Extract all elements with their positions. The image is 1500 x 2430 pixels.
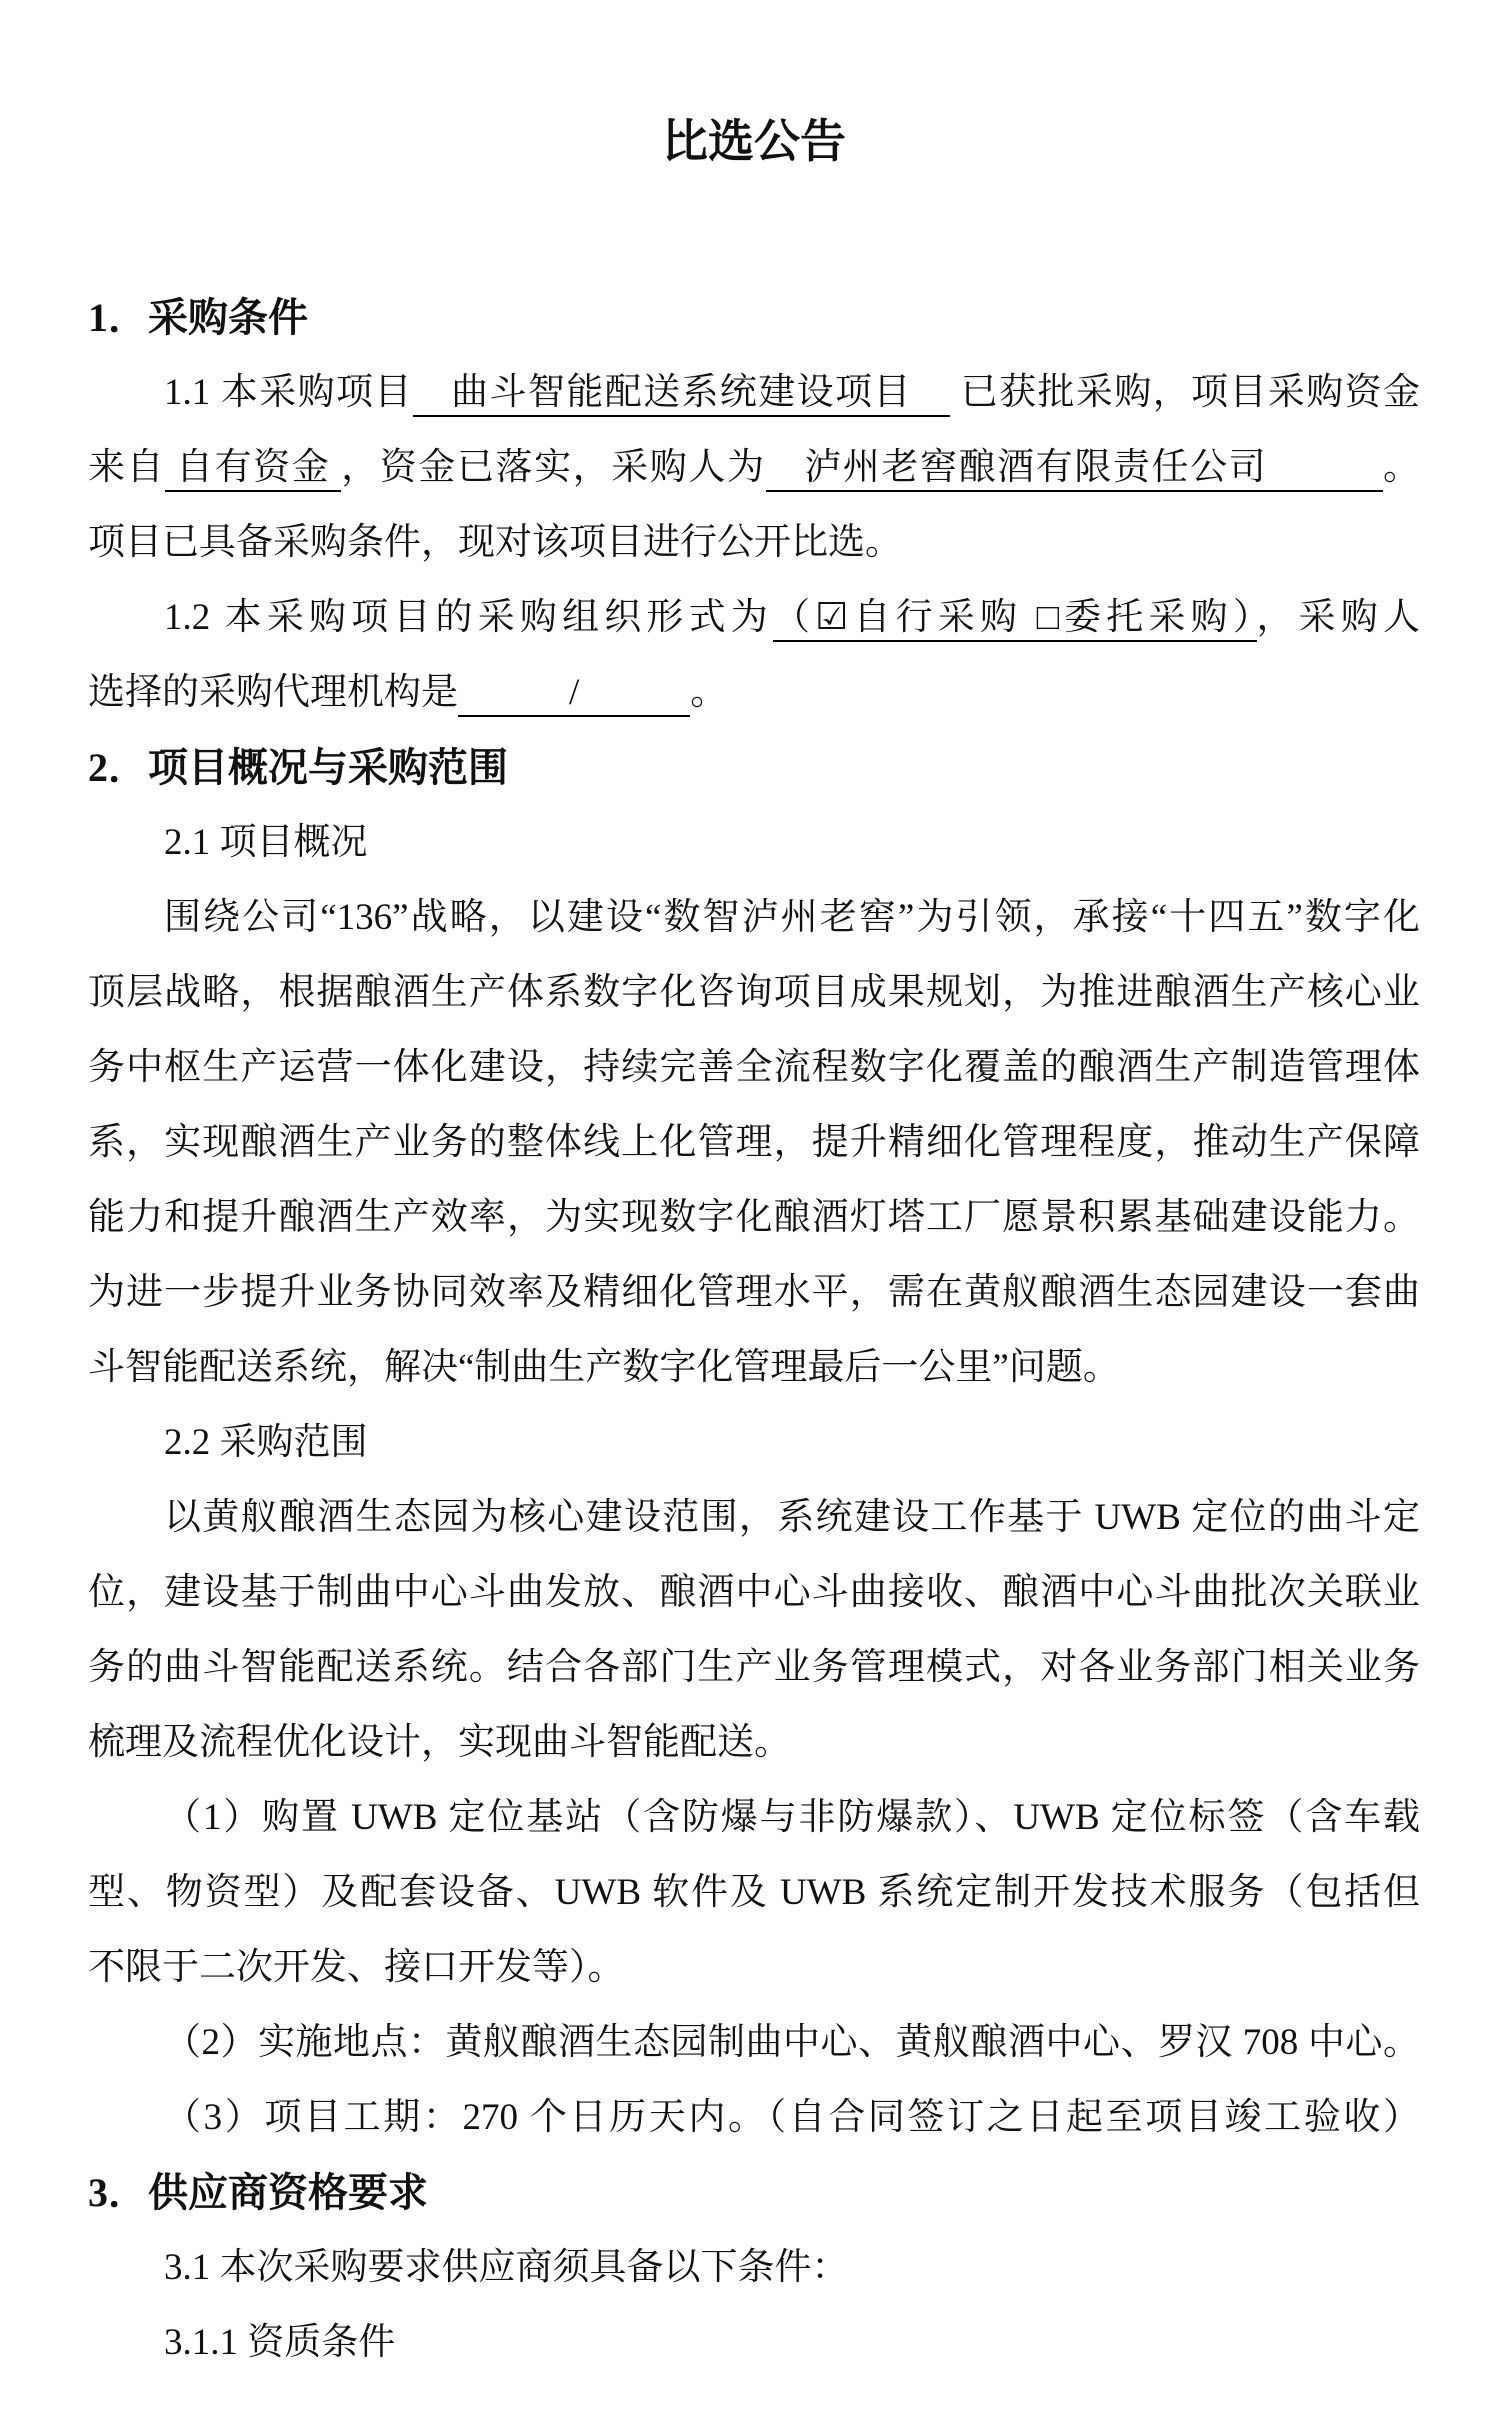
document-title: 比选公告 (88, 112, 1420, 172)
subheading-3-1-requirements: 3.1 本次采购要求供应商须具备以下条件： (88, 2230, 1420, 2305)
text-run: 自行采购 (848, 597, 1036, 638)
para-item-1-line-3: 不限于二次开发、接口开发等）。 (88, 1930, 1420, 2005)
heading-text: 3.1 本次采购要求供应商须具备以下条件： (164, 2247, 849, 2288)
heading-text: 3．供应商资格要求 (88, 2170, 428, 2215)
text-run: 务中枢生产运营一体化建设，持续完善全流程数字化覆盖的酿酒生产制造管理体 (88, 1047, 1420, 1088)
para-overview-line-4: 系，实现酿酒生产业务的整体线上化管理，提升精细化管理程度，推动生产保障 (88, 1105, 1420, 1180)
para-1-2-line-1: 1.2 本采购项目的采购组织形式为（☑自行采购 □委托采购），采购人 (88, 580, 1420, 655)
para-1-1-line-1: 1.1 本采购项目 曲斗智能配送系统建设项目 已获批采购，项目采购资金 (88, 355, 1420, 430)
text-run: （2）实施地点：黄舣酿酒生态园制曲中心、黄舣酿酒中心、罗汉 708 中心。 (164, 2022, 1420, 2063)
para-1-2-line-2: 选择的采购代理机构是 / 。 (88, 655, 1420, 730)
text-run: （ (773, 597, 815, 638)
checked-checkbox-icon: ☑ (815, 597, 848, 638)
para-item-1-line-2: 型、物资型）及配套设备、UWB 软件及 UWB 系统定制开发技术服务（包括但 (88, 1855, 1420, 1930)
text-run: 选择的采购代理机构是 (88, 672, 458, 713)
para-overview-line-6: 为进一步提升业务协同效率及精细化管理水平，需在黄舣酿酒生态园建设一套曲 (88, 1255, 1420, 1330)
text-run: 1.1 本采购项目 (164, 372, 413, 413)
text-run: 已获批采购，项目采购资金 (950, 372, 1420, 413)
heading-section-1-procurement-conditions: 1．采购条件 (88, 280, 1420, 355)
heading-text: 1．采购条件 (88, 295, 308, 340)
text-run: ，资金已落实，采购人为 (341, 447, 765, 488)
para-item-1-line-1: （1）购置 UWB 定位基站（含防爆与非防爆款）、UWB 定位标签（含车载 (88, 1780, 1420, 1855)
text-run: （3）项目工期：270 个日历天内。（自合同签订之日起至项目竣工验收） (164, 2097, 1420, 2138)
text-run: 项目已具备采购条件，现对该项目进行公开比选。 (88, 522, 902, 563)
text-run: 系，实现酿酒生产业务的整体线上化管理，提升精细化管理程度，推动生产保障 (88, 1122, 1420, 1163)
subheading-2-1-project-overview: 2.1 项目概况 (88, 805, 1420, 880)
text-run: 不限于二次开发、接口开发等）。 (88, 1947, 625, 1988)
text-run: 梳理及流程优化设计，实现曲斗智能配送。 (88, 1722, 791, 1763)
text-run: 斗智能配送系统，解决“制曲生产数字化管理最后一公里”问题。 (88, 1347, 1120, 1388)
para-item-2-location: （2）实施地点：黄舣酿酒生态园制曲中心、黄舣酿酒中心、罗汉 708 中心。 (88, 2005, 1420, 2080)
text-run: 为进一步提升业务协同效率及精细化管理水平，需在黄舣酿酒生态园建设一套曲 (88, 1272, 1420, 1313)
blank-funding-source: 自有资金 (165, 447, 341, 492)
subheading-3-1-1-qualification-conditions: 3.1.1 资质条件 (88, 2305, 1420, 2380)
para-scope-line-4: 梳理及流程优化设计，实现曲斗智能配送。 (88, 1705, 1420, 1780)
text-run: 委托采购） (1064, 597, 1256, 638)
para-overview-line-2: 顶层战略，根据酿酒生产体系数字化咨询项目成果规划，为推进酿酒生产核心业 (88, 955, 1420, 1030)
para-overview-line-5: 能力和提升酿酒生产效率，为实现数字化酿酒灯塔工厂愿景积累基础建设能力。 (88, 1180, 1420, 1255)
heading-text: 3.1.1 资质条件 (164, 2322, 395, 2363)
para-scope-line-1: 以黄舣酿酒生态园为核心建设范围，系统建设工作基于 UWB 定位的曲斗定 (88, 1480, 1420, 1555)
subheading-2-2-procurement-scope: 2.2 采购范围 (88, 1405, 1420, 1480)
text-run: 。 (690, 672, 727, 713)
text-run: 围绕公司“136”战略，以建设“数智泸州老窖”为引领，承接“十四五”数字化 (164, 897, 1420, 938)
blank-project-name: 曲斗智能配送系统建设项目 (413, 372, 950, 417)
para-overview-line-1: 围绕公司“136”战略，以建设“数智泸州老窖”为引领，承接“十四五”数字化 (88, 880, 1420, 955)
document-page: 比选公告 1．采购条件 1.1 本采购项目 曲斗智能配送系统建设项目 已获批采购… (0, 0, 1500, 2430)
para-overview-line-7: 斗智能配送系统，解决“制曲生产数字化管理最后一公里”问题。 (88, 1330, 1420, 1405)
text-run: 。 (1383, 447, 1420, 488)
text-run: 以黄舣酿酒生态园为核心建设范围，系统建设工作基于 UWB 定位的曲斗定 (164, 1497, 1420, 1538)
text-run: 来自 (88, 447, 165, 488)
text-run: 务的曲斗智能配送系统。结合各部门生产业务管理模式，对各业务部门相关业务 (88, 1647, 1420, 1688)
heading-text: 2.1 项目概况 (164, 822, 368, 863)
text-run: 顶层战略，根据酿酒生产体系数字化咨询项目成果规划，为推进酿酒生产核心业 (88, 972, 1420, 1013)
text-run: 能力和提升酿酒生产效率，为实现数字化酿酒灯塔工厂愿景积累基础建设能力。 (88, 1197, 1420, 1238)
text-run: 型、物资型）及配套设备、UWB 软件及 UWB 系统定制开发技术服务（包括但 (88, 1872, 1420, 1913)
text-run: ，采购人 (1257, 597, 1421, 638)
text-run: 位，建设基于制曲中心斗曲发放、酿酒中心斗曲接收、酿酒中心斗曲批次关联业 (88, 1572, 1420, 1613)
text-run: （1）购置 UWB 定位基站（含防爆与非防爆款）、UWB 定位标签（含车载 (164, 1797, 1420, 1838)
heading-section-3-supplier-qualifications: 3．供应商资格要求 (88, 2155, 1420, 2230)
para-1-1-line-2: 来自 自有资金 ，资金已落实，采购人为 泸州老窖酿酒有限责任公司 。 (88, 430, 1420, 505)
unchecked-checkbox-icon: □ (1037, 597, 1065, 638)
para-scope-line-3: 务的曲斗智能配送系统。结合各部门生产业务管理模式，对各业务部门相关业务 (88, 1630, 1420, 1705)
heading-text: 2．项目概况与采购范围 (88, 745, 508, 790)
heading-section-2-overview-and-scope: 2．项目概况与采购范围 (88, 730, 1420, 805)
para-scope-line-2: 位，建设基于制曲中心斗曲发放、酿酒中心斗曲接收、酿酒中心斗曲批次关联业 (88, 1555, 1420, 1630)
para-overview-line-3: 务中枢生产运营一体化建设，持续完善全流程数字化覆盖的酿酒生产制造管理体 (88, 1030, 1420, 1105)
heading-text: 2.2 采购范围 (164, 1422, 368, 1463)
blank-organization-form: （☑自行采购 □委托采购） (773, 597, 1257, 642)
blank-purchaser-name: 泸州老窖酿酒有限责任公司 (766, 447, 1383, 492)
para-1-1-line-3: 项目已具备采购条件，现对该项目进行公开比选。 (88, 505, 1420, 580)
text-run: 1.2 本采购项目的采购组织形式为 (164, 597, 773, 638)
para-item-3-duration: （3）项目工期：270 个日历天内。（自合同签订之日起至项目竣工验收） (88, 2080, 1420, 2155)
blank-agency-slash: / (458, 672, 690, 717)
